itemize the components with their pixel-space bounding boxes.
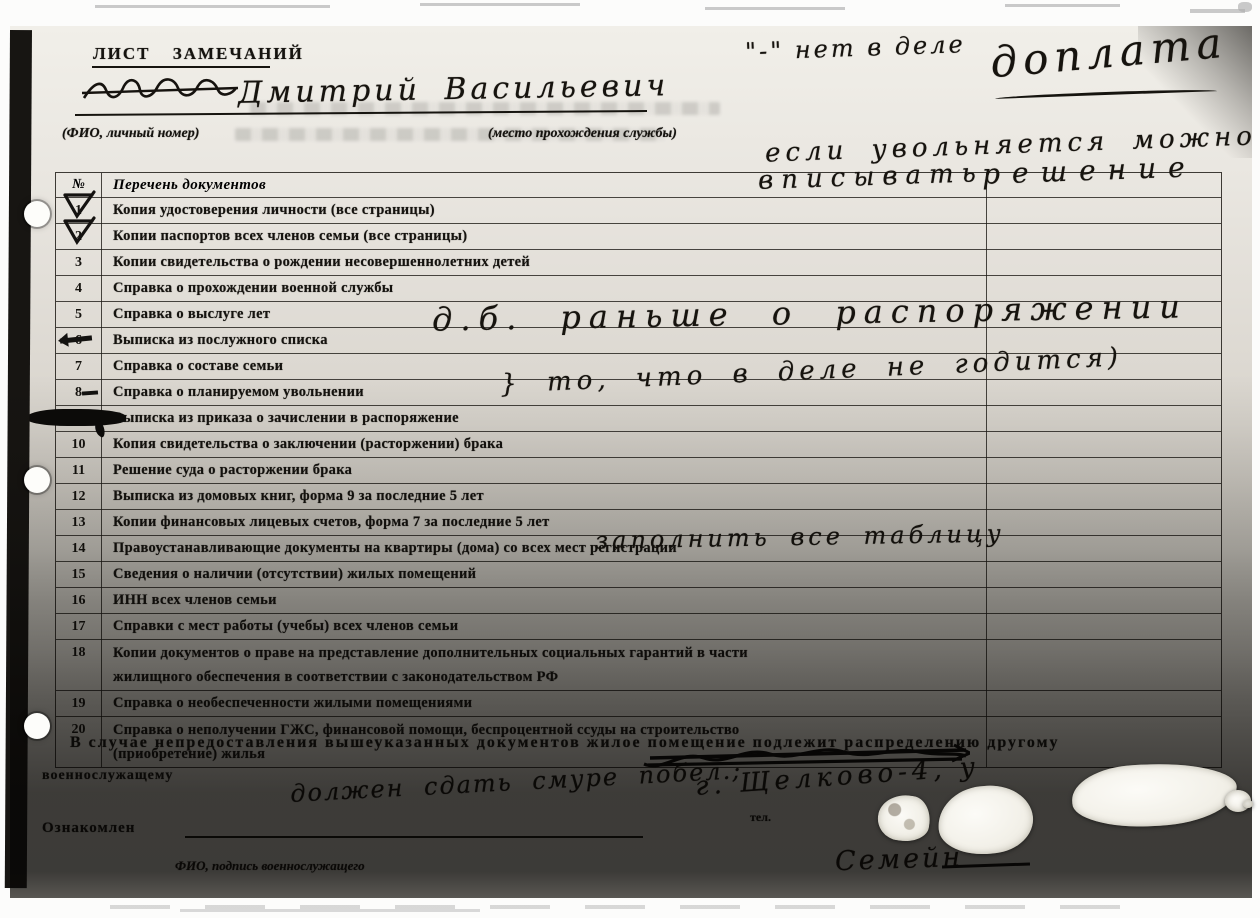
column-divider — [101, 173, 102, 767]
documents-table: № Перечень документов 1Копия удостоверен… — [55, 172, 1222, 768]
scanned-document: ЛИСТ ЗАМЕЧАНИЙ Дмитрий Васильевич (ФИО, … — [0, 0, 1260, 918]
tel-label: тел. — [750, 810, 771, 825]
whiteout-speck — [1243, 800, 1253, 808]
row-text: Копии свидетельства о рождении несоверше… — [101, 250, 1221, 275]
row-number: 11 — [56, 458, 101, 483]
table-row: 9Выписка из приказа о зачислении в распо… — [56, 406, 1221, 432]
row-text: Сведения о наличии (отсутствии) жилых по… — [101, 562, 1221, 587]
row-text: Решение суда о расторжении брака — [101, 458, 1221, 483]
blob-arrow-mark — [26, 409, 126, 426]
row-number: 4 — [56, 276, 101, 301]
scan-edge-bar — [5, 30, 32, 888]
row-number: 10 — [56, 432, 101, 457]
row-text: Копии паспортов всех членов семьи (все с… — [101, 224, 1221, 249]
table-row: 15Сведения о наличии (отсутствии) жилых … — [56, 562, 1221, 588]
signature-caption: ФИО, подпись военнослужащего — [175, 858, 365, 874]
row-text: ИНН всех членов семьи — [101, 588, 1221, 613]
paper-sheet: ЛИСТ ЗАМЕЧАНИЙ Дмитрий Васильевич (ФИО, … — [10, 26, 1252, 898]
table-row: 16ИНН всех членов семьи — [56, 588, 1221, 614]
table-row: 1Копия удостоверения личности (все стран… — [56, 198, 1221, 224]
row-text: Копия удостоверения личности (все страни… — [101, 198, 1221, 223]
row-number: 12 — [56, 484, 101, 509]
row-text: Выписка из приказа о зачислении в распор… — [101, 406, 1221, 431]
table-row: 17Справки с мест работы (учебы) всех чле… — [56, 614, 1221, 640]
row-number: 16 — [56, 588, 101, 613]
row-number: 8 — [56, 380, 101, 405]
row-text: Справка о необеспеченности жилыми помеще… — [101, 691, 1221, 716]
row-number: 19 — [56, 691, 101, 716]
signature-line — [185, 836, 643, 838]
column-divider — [986, 173, 987, 767]
table-row: 11Решение суда о расторжении брака — [56, 458, 1221, 484]
row-number: 2 — [56, 224, 101, 249]
scan-artifact — [1190, 9, 1245, 13]
scan-artifact — [420, 3, 580, 6]
form-title: ЛИСТ ЗАМЕЧАНИЙ — [93, 44, 304, 64]
table-row: 10Копия свидетельства о заключении (раст… — [56, 432, 1221, 458]
row-number: 17 — [56, 614, 101, 639]
whiteout-blob — [1070, 760, 1238, 831]
scan-artifact — [180, 909, 480, 912]
dash-mark — [82, 390, 98, 395]
whiteout-blob — [875, 792, 933, 845]
footer-warning-line2: военнослужащему — [42, 768, 173, 784]
strikeout-scribble — [640, 738, 970, 778]
row-number: 3 — [56, 250, 101, 275]
handwritten-signature: Семейн — [834, 842, 963, 877]
row-number: 13 — [56, 510, 101, 535]
annotation-net-v-dele: "-" нет в деле — [745, 30, 967, 66]
row-number: 14 — [56, 536, 101, 561]
punch-hole — [24, 713, 50, 739]
strikethrough-scribble — [80, 74, 240, 108]
row-number: 7 — [56, 354, 101, 379]
caption-place: (место прохождения службы) — [488, 126, 677, 142]
row-text: Справки с мест работы (учебы) всех члено… — [101, 614, 1221, 639]
row-number: 5 — [56, 302, 101, 327]
row-text: Выписка из домовых книг, форма 9 за посл… — [101, 484, 1221, 509]
scan-artifact — [1238, 2, 1252, 12]
punch-hole — [24, 467, 50, 493]
row-text: Копии документов о праве на представлени… — [101, 640, 1221, 689]
caption-fio: (ФИО, личный номер) — [62, 126, 199, 142]
row-text: Копия свидетельства о заключении (растор… — [101, 432, 1221, 457]
scan-artifact — [1005, 4, 1120, 7]
check-icon — [62, 215, 96, 247]
row-number: 18 — [56, 640, 101, 665]
row-number: 15 — [56, 562, 101, 587]
table-row: 18Копии документов о праве на представле… — [56, 640, 1221, 691]
table-row: 19Справка о необеспеченности жилыми поме… — [56, 691, 1221, 717]
arrow-mark — [60, 335, 92, 343]
table-row: 12Выписка из домовых книг, форма 9 за по… — [56, 484, 1221, 510]
acknowledged-label: Ознакомлен — [42, 820, 135, 837]
table-row: 3Копии свидетельства о рождении несоверш… — [56, 250, 1221, 276]
row-number: 6 — [56, 328, 101, 353]
punch-hole — [24, 201, 50, 227]
scan-artifact — [705, 7, 845, 10]
title-underline — [92, 66, 270, 68]
table-row: 2Копии паспортов всех членов семьи (все … — [56, 224, 1221, 250]
row-number: 9 — [56, 406, 101, 431]
scan-artifact — [95, 5, 330, 8]
